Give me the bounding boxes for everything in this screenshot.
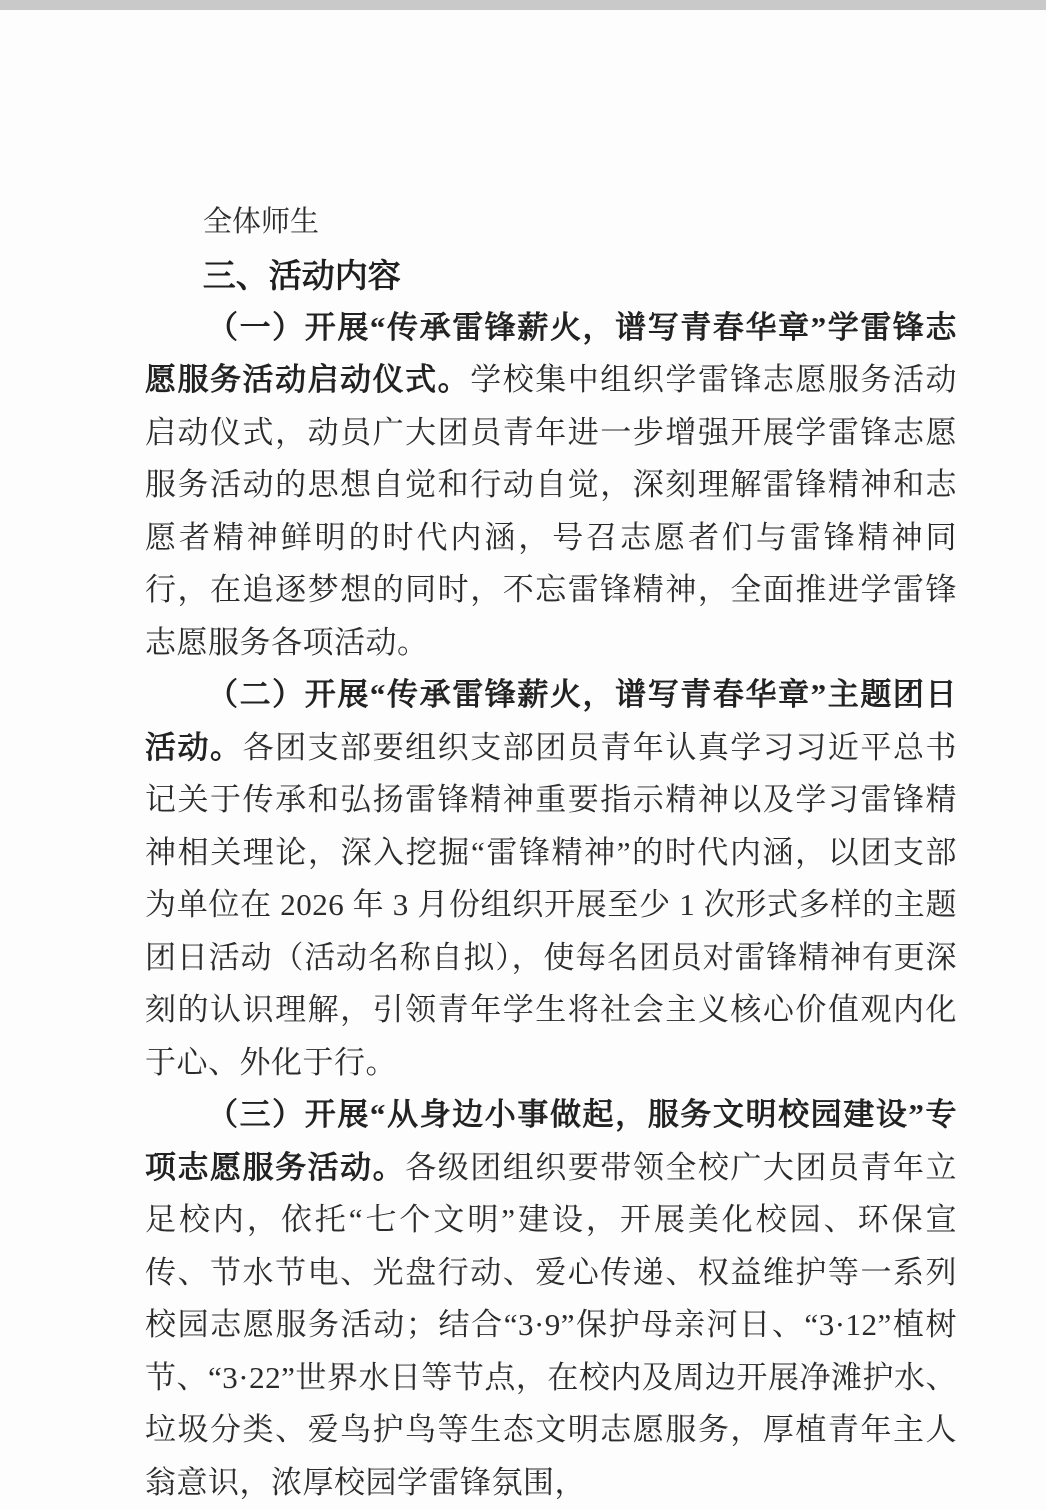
paragraph-3-body: 各级团组织要带领全校广大团员青年立足校内，依托“七个文明”建设，开展美化校园、环… xyxy=(145,1150,957,1500)
paragraph-1-body: 学校集中组织学雷锋志愿服务活动启动仪式，动员广大团员青年进一步增强开展学雷锋志愿… xyxy=(145,362,957,660)
paragraph-item-3: （三）开展“从身边小事做起，服务文明校园建设”专项志愿服务活动。各级团组织要带领… xyxy=(145,1089,957,1509)
document-content: 全体师生 三、活动内容 （一）开展“传承雷锋薪火，谱写青春华章”学雷锋志愿服务活… xyxy=(145,196,957,1509)
paragraph-2-body: 各团支部要组织支部团员青年认真学习习近平总书记关于传承和弘扬雷锋精神重要指示精神… xyxy=(145,730,957,1080)
scan-edge-bar xyxy=(0,0,1046,10)
document-page: 全体师生 三、活动内容 （一）开展“传承雷锋薪火，谱写青春华章”学雷锋志愿服务活… xyxy=(0,0,1046,1510)
paragraph-item-2: （二）开展“传承雷锋薪火，谱写青春华章”主题团日活动。各团支部要组织支部团员青年… xyxy=(145,669,957,1089)
section-heading: 三、活动内容 xyxy=(145,249,957,302)
paragraph-item-1: （一）开展“传承雷锋薪火，谱写青春华章”学雷锋志愿服务活动启动仪式。学校集中组织… xyxy=(145,302,957,670)
recipient-line: 全体师生 xyxy=(145,196,957,249)
